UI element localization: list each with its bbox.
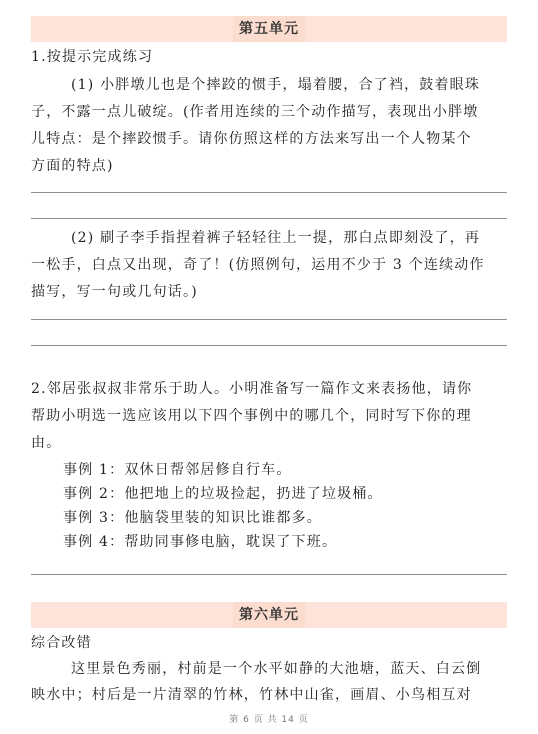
- q1-part2-line-2: 一松手，白点又出现，奇了！(仿照例句，运用不少于 3 个连续动作: [31, 252, 507, 279]
- q1-part2-line-1: (2) 刷子李手指捏着裤子轻轻往上一提，那白点即刻没了，再: [31, 225, 507, 252]
- unit-heading-5: 第五单元: [31, 16, 507, 42]
- q1-part1-line-3: 儿特点：是个摔跤惯手。请你仿照这样的方法来写出一个人物某个: [31, 126, 507, 153]
- q2-line-3: 由。: [31, 430, 507, 457]
- q1-part2-line-3: 描写，写一句或几句话。): [31, 279, 507, 306]
- unit-heading-6: 第六单元: [31, 602, 507, 628]
- unit6-line-2: 映水中；村后是一片清翠的竹林，竹林中山雀，画眉、小鸟相互对: [31, 682, 507, 709]
- example-1: 事例 1：双休日帮邻居修自行车。: [31, 457, 507, 484]
- q1-part1-line-2: 子，不露一点儿破绽。(作者用连续的三个动作描写，表现出小胖墩: [31, 99, 507, 126]
- q1-part1-line-1: (1) 小胖墩儿也是个摔跤的惯手，塌着腰，合了裆，鼓着眼珠: [31, 72, 507, 99]
- answer-line[interactable]: [31, 192, 507, 193]
- page-number: 第 6 页 共 14 页: [0, 712, 538, 725]
- q1-part1-line-4: 方面的特点): [31, 153, 507, 180]
- section-title: 综合改错: [31, 630, 507, 657]
- answer-line[interactable]: [31, 574, 507, 575]
- answer-line[interactable]: [31, 218, 507, 219]
- answer-line[interactable]: [31, 319, 507, 320]
- unit-heading-6-label: 第六单元: [233, 602, 305, 628]
- q2-line-2: 帮助小明选一选应该用以下四个事例中的哪几个，同时写下你的理: [31, 403, 507, 430]
- example-2: 事例 2：他把地上的垃圾捡起，扔进了垃圾桶。: [31, 481, 507, 508]
- unit6-line-1: 这里景色秀丽，村前是一个水平如静的大池塘，蓝天、白云倒: [31, 656, 507, 683]
- answer-line[interactable]: [31, 345, 507, 346]
- example-4: 事例 4：帮助同事修电脑，耽误了下班。: [31, 529, 507, 556]
- q2-line-1: 2.邻居张叔叔非常乐于助人。小明准备写一篇作文来表扬他，请你: [31, 376, 507, 403]
- example-3: 事例 3：他脑袋里装的知识比谁都多。: [31, 505, 507, 532]
- unit-heading-5-label: 第五单元: [233, 16, 305, 42]
- question-1-title: 1.按提示完成练习: [31, 44, 507, 71]
